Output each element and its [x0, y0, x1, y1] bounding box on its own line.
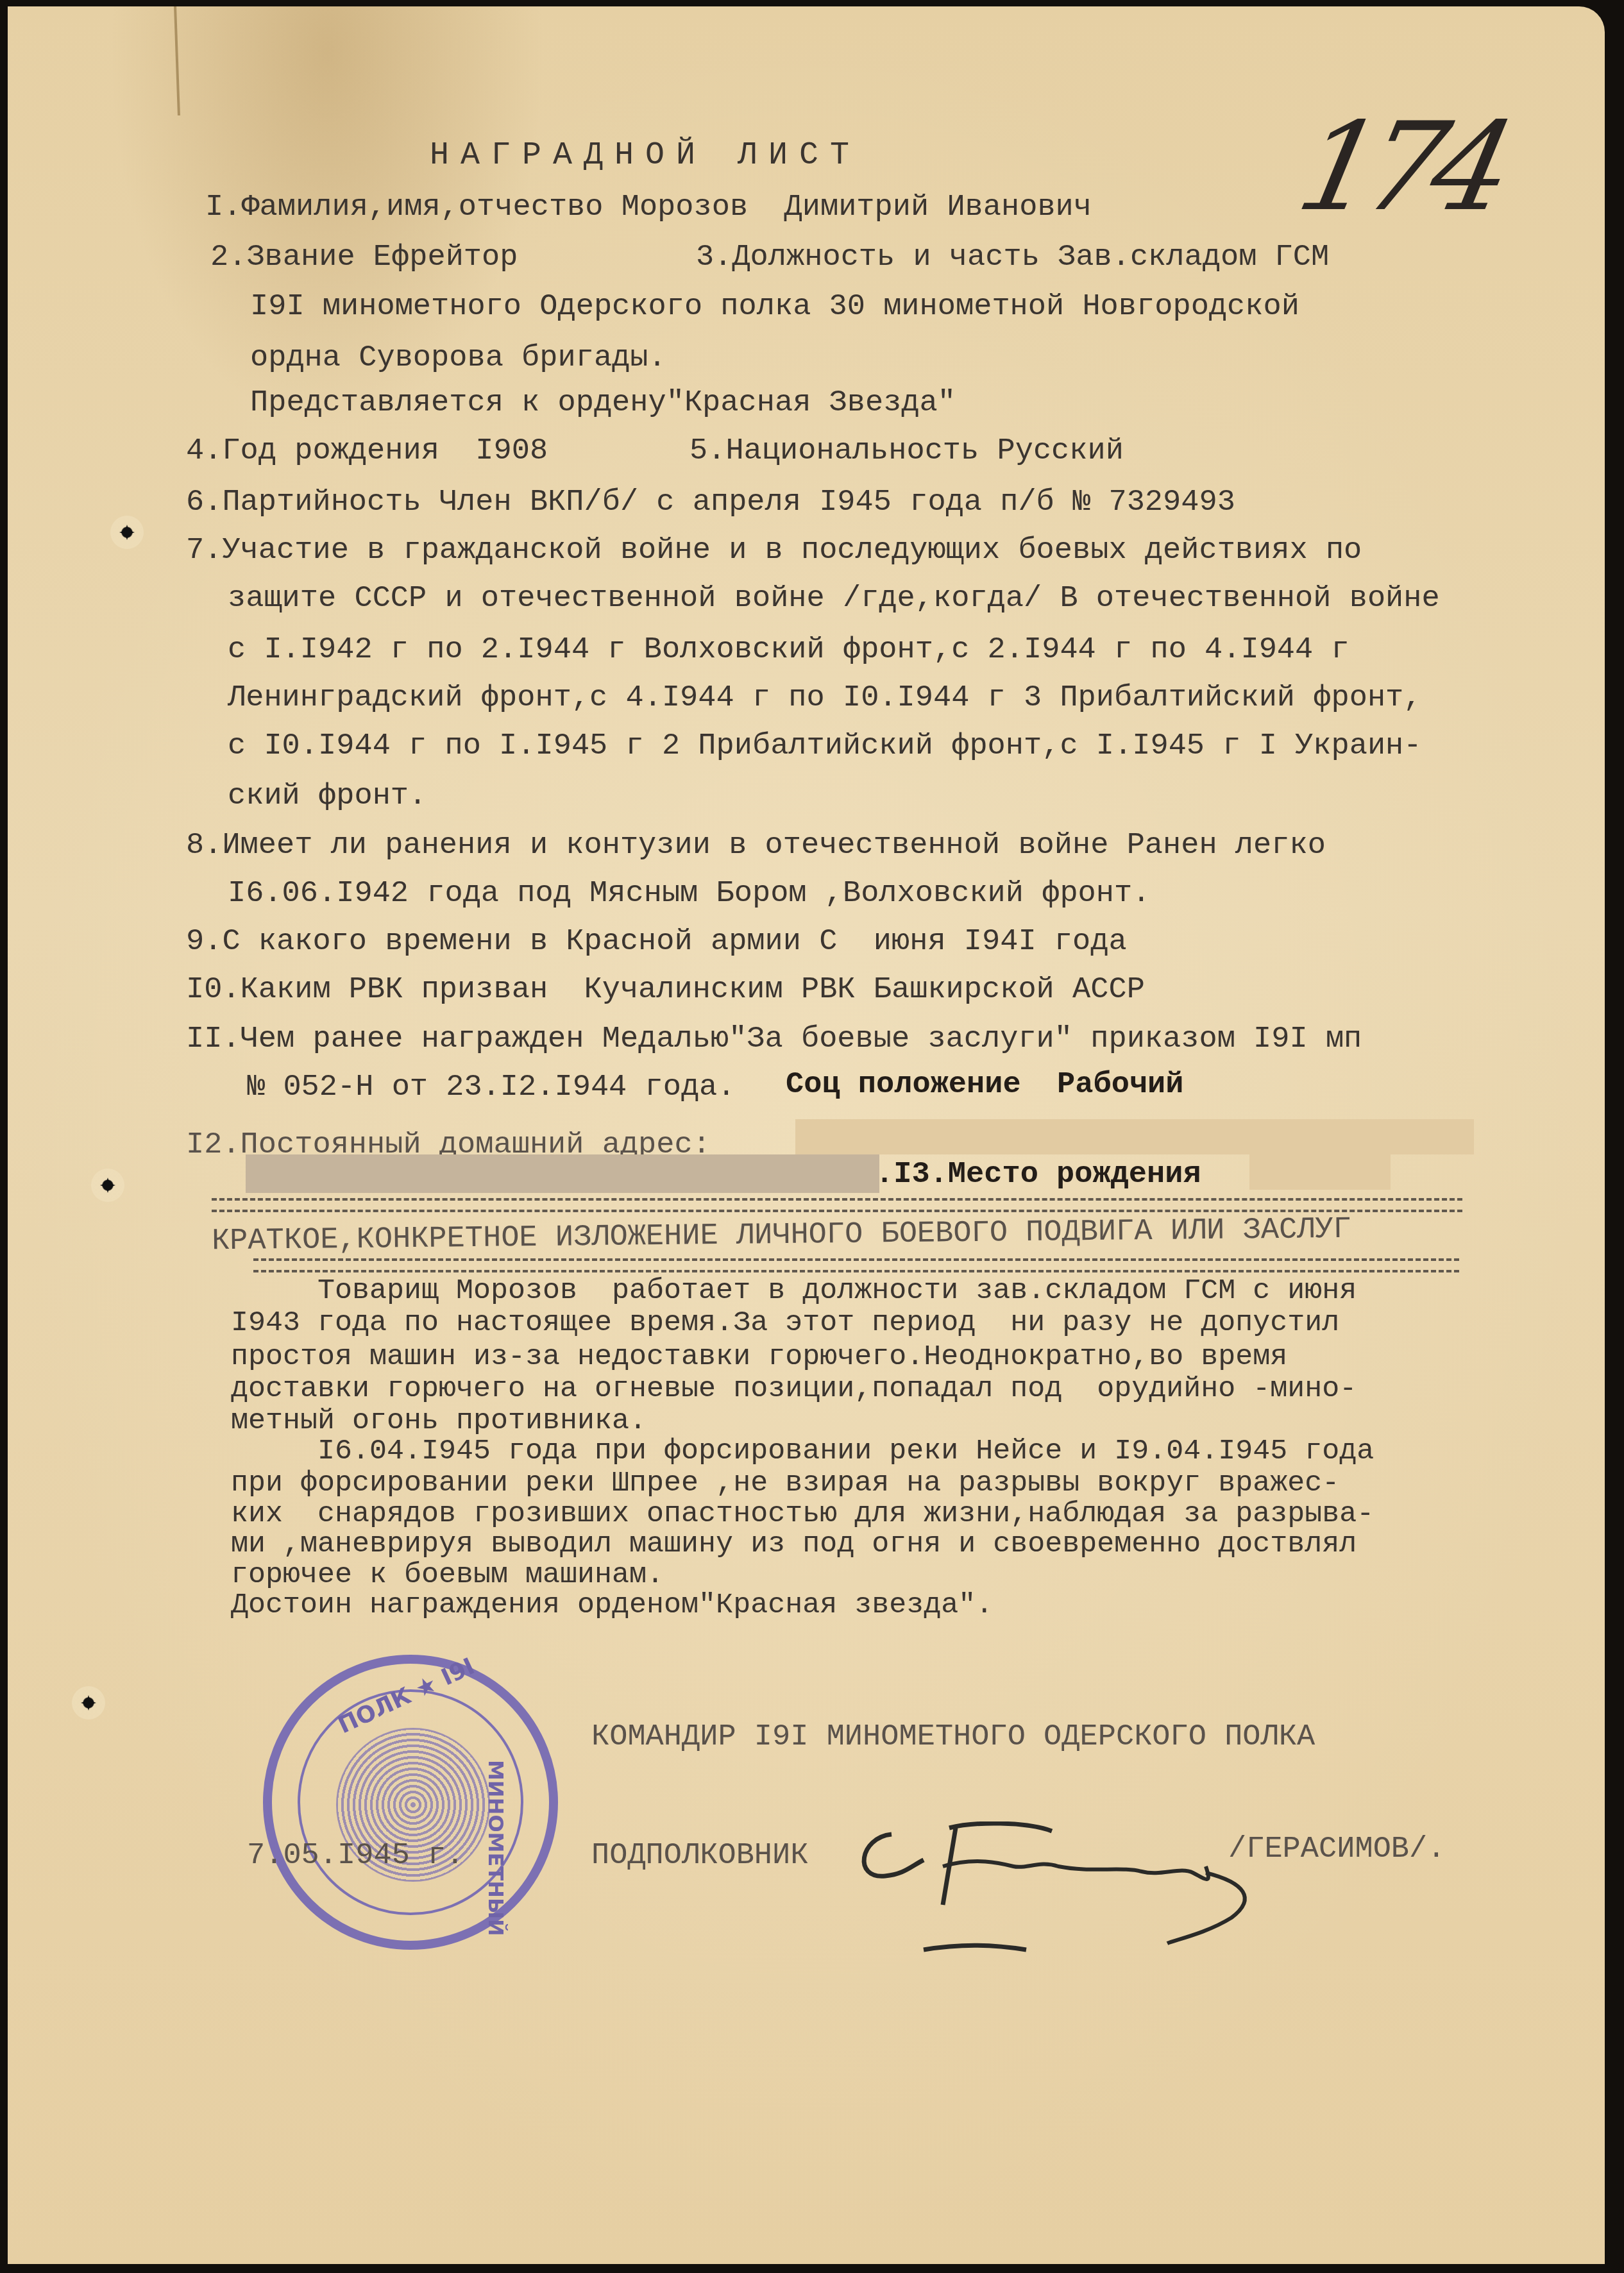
punch-hole-icon — [89, 1166, 127, 1204]
field-11-line2: № 052-Н от 23.I2.I944 года. — [247, 1072, 736, 1103]
field-3-unit-line2: ордна Суворова бригады. — [250, 343, 666, 373]
narrative-line: I943 года по настоящее время.За этот пер… — [231, 1308, 1339, 1337]
social-status: Соц положение Рабочий — [786, 1070, 1184, 1100]
paper-crease — [174, 6, 180, 115]
field-3-position: 3.Должность и часть Зав.складом ГСМ — [696, 242, 1329, 273]
commander-rank: ПОДПОЛКОВНИК — [591, 1841, 808, 1871]
field-4-birth-year: 4.Год рождения I908 — [186, 436, 548, 466]
field-1-full-name: I.Фамилия,имя,отчество Морозов Димитрий … — [205, 192, 1092, 223]
field-7-line4: Ленинградский фронт,с 4.I944 г по I0.I94… — [228, 683, 1422, 713]
narrative-line: простоя машин из-за недоставки горючего.… — [231, 1342, 1287, 1371]
divider-double-dashed — [253, 1258, 1459, 1272]
field-13-birthplace-label: .I3.Место рождения — [875, 1160, 1201, 1190]
redaction-address-line2 — [246, 1154, 879, 1193]
punch-hole-icon — [69, 1684, 108, 1722]
field-3-unit-line1: I9I минометного Одерского полка 30 мином… — [250, 292, 1299, 322]
narrative-line: метный огонь противника. — [231, 1407, 647, 1435]
field-5-nationality: 5.Национальность Русский — [689, 436, 1124, 466]
narrative-line: при форсировании реки Шпрее ,не взирая н… — [231, 1469, 1339, 1498]
narrative-line: доставки горючего на огневые позиции,поп… — [231, 1374, 1357, 1403]
archive-number-handwritten: 174 — [1287, 96, 1516, 238]
field-8-line2: I6.06.I942 года под Мясным Бором ,Волхов… — [228, 879, 1150, 909]
field-6-party: 6.Партийность Член ВКП/б/ с апреля I945 … — [186, 487, 1235, 518]
narrative-line: ких снарядов грозивших опастностью для ж… — [231, 1500, 1374, 1528]
unit-seal-stamp: ПОЛК ★ I9I МИНОМЕТНЫЙ — [263, 1655, 558, 1950]
field-8-line1: 8.Имеет ли ранения и контузии в отечеств… — [186, 831, 1326, 861]
field-7-line6: ский фронт. — [228, 781, 427, 811]
narrative-line: ми ,маневрируя выводил машину из под огн… — [231, 1530, 1357, 1559]
field-7-line3: с I.I942 г по 2.I944 г Волховский фронт,… — [228, 635, 1349, 665]
commander-title: КОМАНДИР I9I МИНОМЕТНОГО ОДЕРСКОГО ПОЛКА — [591, 1722, 1315, 1752]
redaction-birthplace — [1249, 1154, 1391, 1190]
field-11-line1: II.Чем ранее награжден Медалью"За боевые… — [186, 1024, 1362, 1054]
field-9-service-since: 9.С какого времени в Красной армии С июн… — [186, 927, 1127, 957]
field-7-line2: защите СССР и отечественной войне /где,к… — [228, 584, 1440, 614]
redaction-address-line1 — [795, 1119, 1474, 1154]
narrative-line: Достоин награждения орденом"Красная звез… — [231, 1591, 993, 1619]
divider-double-dashed — [212, 1198, 1462, 1212]
handwritten-signature-icon — [847, 1821, 1321, 1969]
field-7-line5: с I0.I944 г по I.I945 г 2 Прибалтийский … — [228, 731, 1422, 761]
narrative-line: Товарищ Морозов работает в должности зав… — [231, 1276, 1357, 1305]
punch-hole-icon — [108, 513, 146, 552]
narrative-line: горючее к боевым машинам. — [231, 1560, 664, 1589]
field-7-line1: 7.Участие в гражданской войне и в послед… — [186, 536, 1362, 566]
award-presented-to: Представляется к ордену"Красная Звезда" — [250, 388, 956, 418]
document-title: НАГРАДНОЙ ЛИСТ — [430, 140, 861, 172]
field-2-rank: 2.Звание Ефрейтор — [210, 242, 518, 273]
seal-ring-text-side: МИНОМЕТНЫЙ — [484, 1760, 508, 1936]
signature-date: 7.05.I945 г. — [247, 1841, 464, 1871]
narrative-line: I6.04.I945 года при форсировании реки Не… — [231, 1437, 1374, 1466]
field-10-draft-office: I0.Каким РВК призван Кучалинским РВК Баш… — [186, 975, 1145, 1005]
